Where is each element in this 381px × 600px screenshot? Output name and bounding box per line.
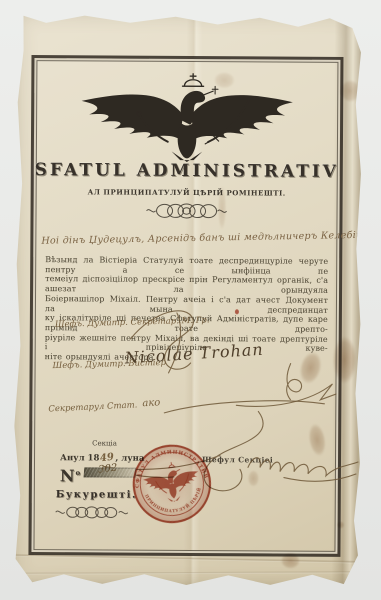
number-label: No [60, 466, 81, 485]
signature-flourish-2 [232, 355, 336, 418]
eagle-emblem-icon [68, 66, 307, 163]
signature-label-3: Секретарул Стат. [48, 400, 137, 414]
section-label: Секціа [92, 439, 117, 447]
number-handwritten: 302 [98, 462, 118, 475]
signature-note-3: ако [142, 397, 160, 409]
handwritten-dedication: Ноі дінъ Џудецулъ, Арсенідъ банъ ші медѣ… [41, 230, 335, 246]
ornament-divider-icon [144, 202, 228, 221]
body-line: темеіул діспозіціілор прескрісе прін Рег… [45, 275, 328, 296]
year-prefix: Анул 18 [60, 453, 99, 463]
number-row: No302 [60, 466, 136, 485]
red-ink-dot [235, 309, 239, 314]
signature-rule-3 [162, 393, 328, 424]
section-chief-label: Шефул Секціеі [202, 455, 273, 464]
fold-crease-bottom-2 [11, 571, 361, 575]
printed-border-frame: SFATUL ADMINISTRATIV АЛ ПРИНЦИПАТУЛУЙ ЦѢ… [28, 55, 343, 557]
body-line: Вѣзынд ла Вістіеріа Статулуй тоате деспр… [45, 255, 328, 276]
scroll-ornament-icon [54, 505, 130, 519]
photo-background: SFATUL ADMINISTRATIV АЛ ПРИНЦИПАТУЛУЙ ЦѢ… [0, 0, 381, 600]
section-chief-signature-flourish [244, 443, 362, 488]
document-subtitle: АЛ ПРИНЦИПАТУЛУЙ ЦѢРІЙ РОМІНЕШТІ. [34, 187, 340, 198]
body-line: Боіернашілор Міхаіл. Пентру ачеіа і с'а … [45, 294, 328, 315]
wax-seal: СФАТУЛ АДМИНИСТРАТИВ АЛ ПРИНЦИПАТУЛУЙ ЦѢ… [125, 437, 218, 530]
document-paper: SFATUL ADMINISTRATIV АЛ ПРИНЦИПАТУЛУЙ ЦѢ… [11, 10, 365, 590]
document-title: SFATUL ADMINISTRATIV [34, 160, 340, 182]
city-label: Букурешті. [56, 489, 137, 500]
